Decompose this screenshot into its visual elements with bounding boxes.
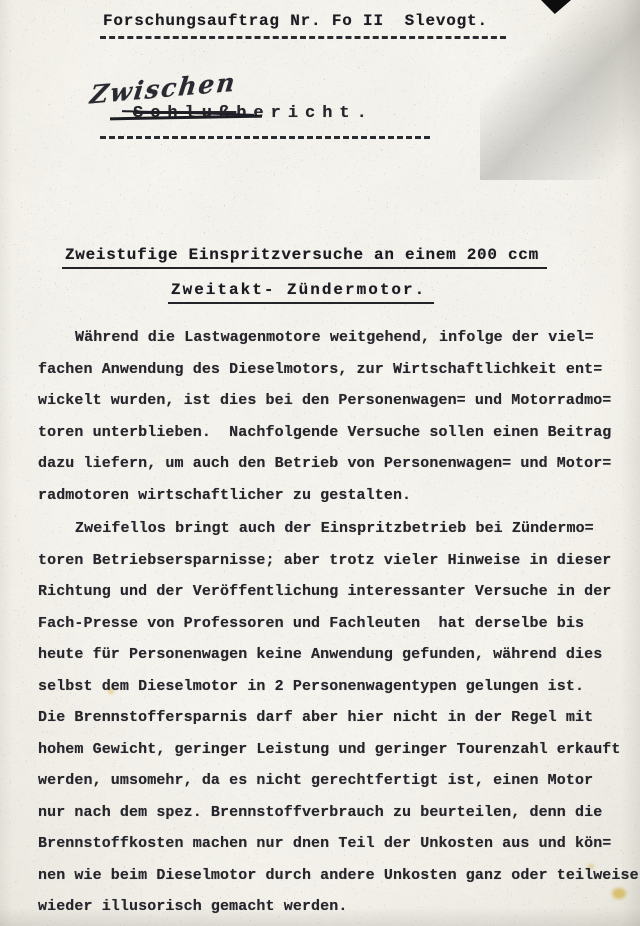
report-word: bericht.	[236, 104, 374, 123]
body-text-line: hohem Gewicht, geringer Leistung und ger…	[38, 734, 634, 766]
body-text-line: wieder illusorisch gemacht werden.	[38, 891, 634, 923]
header-dashed-rule	[100, 36, 506, 39]
body-text-line: radmotoren wirtschaftlicher zu gestalten…	[38, 480, 634, 512]
body-text-line: dazu liefern, um auch den Betrieb von Pe…	[38, 448, 634, 480]
paragraph-2: Zweifellos bringt auch der Einspritzbetr…	[38, 513, 634, 923]
header-project-line: Forschungsauftrag Nr. Fo II Slevogt.	[103, 12, 488, 30]
paragraph-1: Während die Lastwagenmotore weitgehend, …	[38, 322, 634, 511]
body-text-line: Brennstoffkosten machen nur dnen Teil de…	[38, 828, 634, 860]
report-label-dashed-rule	[100, 136, 430, 139]
body-text-line: heute für Personenwagen keine Anwendung …	[38, 639, 634, 671]
body-text-line: werden, umsomehr, da es nicht gerechtfer…	[38, 765, 634, 797]
body-text-line: fachen Anwendung des Dieselmotors, zur W…	[38, 354, 634, 386]
body-text-line: toren Betriebsersparnisse; aber trotz vi…	[38, 545, 634, 577]
body-text-line: Die Brennstoffersparnis darf aber hier n…	[38, 702, 634, 734]
document-page: Forschungsauftrag Nr. Fo II Slevogt. Zwi…	[0, 0, 640, 926]
body-text-line: Während die Lastwagenmotore weitgehend, …	[38, 322, 634, 354]
document-title-line2: Zweitakt- Zündermotor.	[168, 281, 434, 304]
body-text-line: Fach-Presse von Professoren und Fachleut…	[38, 608, 634, 640]
document-title-line1: Zweistufige Einspritzversuche an einem 2…	[62, 246, 547, 269]
page-crease	[480, 0, 640, 180]
body-text-line: Zweifellos bringt auch der Einspritzbetr…	[38, 513, 634, 545]
body-text-line: nen wie beim Dieselmotor durch andere Un…	[38, 860, 634, 892]
page-corner-notch	[541, 0, 571, 14]
body-text-line: wickelt wurden, ist dies bei den Persone…	[38, 385, 634, 417]
body-text-line: toren unterblieben. Nachfolgende Versuch…	[38, 417, 634, 449]
body-text-line: selbst dem Dieselmotor in 2 Personenwage…	[38, 671, 634, 703]
body-text-line: nur nach dem spez. Brennstoffverbrauch z…	[38, 797, 634, 829]
body-text-line: Richtung und der Veröffentlichung intere…	[38, 576, 634, 608]
